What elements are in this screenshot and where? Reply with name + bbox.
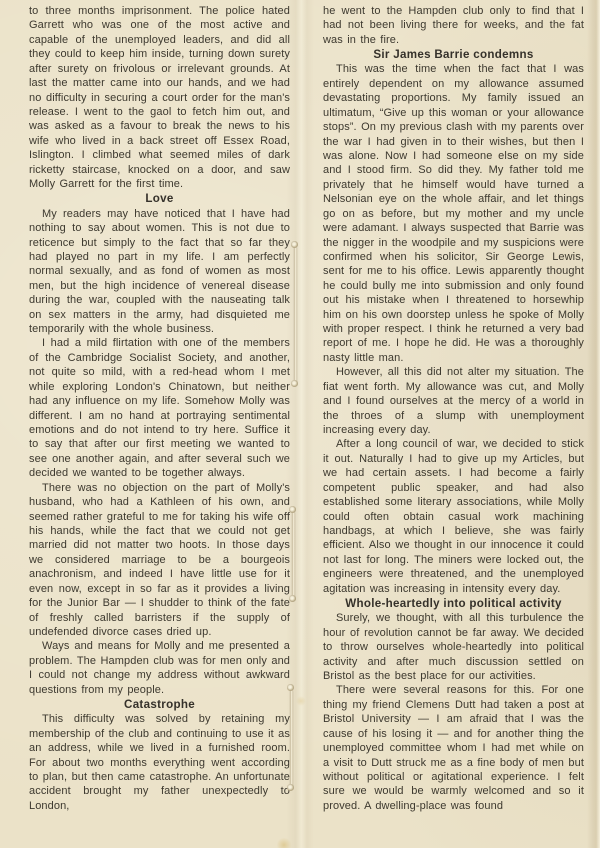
stitch-hole bbox=[291, 241, 298, 248]
paragraph: However, all this did not alter my situa… bbox=[323, 365, 584, 437]
binding-thread bbox=[294, 247, 297, 383]
paragraph: Ways and means for Molly and me presente… bbox=[29, 639, 290, 697]
paragraph: This difficulty was solved by retaining … bbox=[29, 712, 290, 813]
book-page-scan: to three months imprisonment. The police… bbox=[0, 0, 600, 848]
section-heading: Love bbox=[29, 191, 290, 206]
paragraph: he went to the Hampden club only to find… bbox=[323, 4, 584, 47]
stitch-hole bbox=[289, 595, 296, 602]
section-heading: Catastrophe bbox=[29, 697, 290, 712]
paragraph: There were several reasons for this. For… bbox=[323, 683, 584, 813]
binding-thread bbox=[290, 690, 293, 788]
stitch-hole bbox=[287, 784, 294, 791]
page-edge-shadow bbox=[587, 0, 600, 848]
paragraph: My readers may have noticed that I have … bbox=[29, 207, 290, 337]
paragraph: Surely, we thought, with all this turbul… bbox=[323, 611, 584, 683]
section-heading: Sir James Barrie condemns bbox=[323, 47, 584, 62]
left-column: to three months imprisonment. The police… bbox=[29, 4, 290, 813]
paragraph: There was no objection on the part of Mo… bbox=[29, 481, 290, 640]
stitch-hole bbox=[291, 380, 298, 387]
stitch-hole bbox=[289, 506, 296, 513]
section-heading: Whole-heartedly into political activity bbox=[323, 596, 584, 611]
text-columns: to three months imprisonment. The police… bbox=[29, 4, 587, 813]
paragraph: This was the time when the fact that I w… bbox=[323, 62, 584, 365]
stitch-hole bbox=[287, 684, 294, 691]
right-column: he went to the Hampden club only to find… bbox=[323, 4, 584, 813]
paragraph: I had a mild flirtation with one of the … bbox=[29, 336, 290, 480]
binding-thread bbox=[292, 512, 295, 598]
paragraph: to three months imprisonment. The police… bbox=[29, 4, 290, 191]
paragraph: After a long council of war, we decided … bbox=[323, 437, 584, 596]
paper-stain bbox=[276, 838, 292, 848]
